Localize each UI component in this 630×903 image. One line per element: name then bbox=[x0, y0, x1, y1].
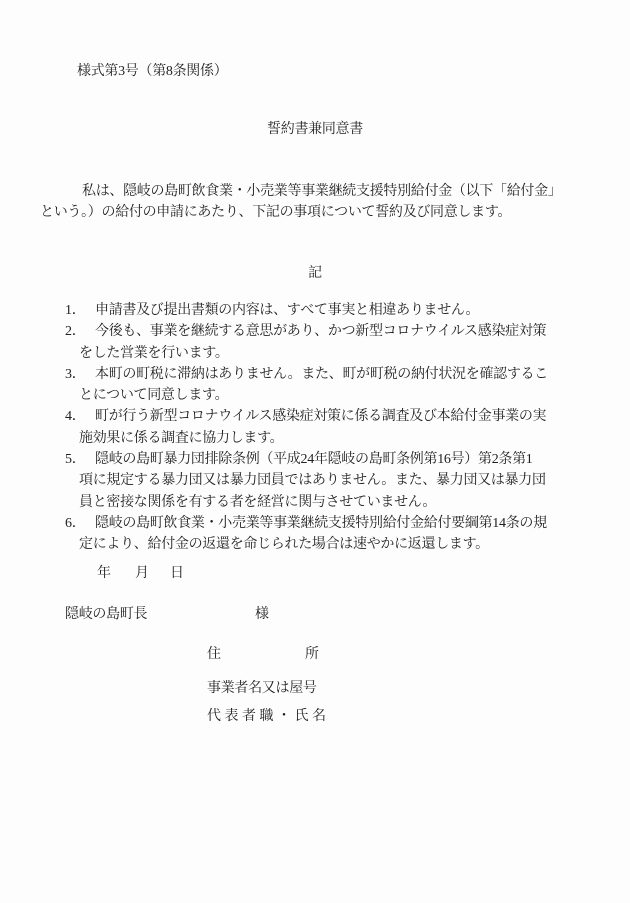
date-day-label: 日 bbox=[170, 563, 184, 584]
pledge-item-number: 5． bbox=[65, 449, 95, 470]
pledge-item-number: 1． bbox=[65, 300, 95, 321]
date-line: 年 月 日 bbox=[0, 563, 630, 585]
pledge-consent-document-page: 様式第3号（第8条関係） 誓約書兼同意書 私は、隠岐の島町飲食業・小売業等事業継… bbox=[0, 0, 630, 903]
pledge-item-5: 5．隠岐の島町暴力団排除条例（平成24年隠岐の島町条例第16号）第2条第1 bbox=[65, 449, 610, 470]
pledge-item-text: 町が行う新型コロナウイルス感染症対策に係る調査及び本給付金事業の実 bbox=[95, 409, 546, 424]
signature-address-label-right: 所 bbox=[305, 644, 319, 665]
signature-address-row: 住 所 bbox=[0, 644, 630, 666]
pledge-item-4-continuation: 施効果に係る調査に協力します。 bbox=[65, 428, 610, 449]
date-month-label: 月 bbox=[135, 563, 149, 584]
pledge-item-number: 6． bbox=[65, 513, 95, 534]
date-year-label: 年 bbox=[97, 563, 111, 584]
intro-line: 私は、隠岐の島町飲食業・小売業等事業継続支援特別給付金（以下「給付金」 bbox=[40, 181, 600, 202]
pledge-item-5-continuation: 員と密接な関係を有する者を経営に関与させていません。 bbox=[65, 492, 610, 513]
signature-address-label-left: 住 bbox=[207, 644, 221, 665]
pledge-item-number: 3． bbox=[65, 364, 95, 385]
addressee-line: 隠岐の島町長 様 bbox=[0, 604, 630, 626]
pledge-item-5-continuation: 項に規定する暴力団又は暴力団員ではありません。また、暴力団又は暴力団 bbox=[65, 470, 610, 491]
pledge-item-6-continuation: 定により、給付金の返還を命じられた場合は速やかに返還します。 bbox=[65, 534, 610, 555]
intro-paragraph: 私は、隠岐の島町飲食業・小売業等事業継続支援特別給付金（以下「給付金」 という。… bbox=[40, 181, 600, 224]
addressee-honorific: 様 bbox=[255, 604, 269, 625]
pledge-item-3-continuation: とについて同意します。 bbox=[65, 385, 610, 406]
pledge-item-3: 3．本町の町税に滞納はありません。また、町が町税の納付状況を確認するこ bbox=[65, 364, 610, 385]
signature-representative-label: 代表者職・氏名 bbox=[207, 706, 330, 727]
record-heading: 記 bbox=[0, 263, 630, 284]
document-title: 誓約書兼同意書 bbox=[0, 119, 630, 140]
pledge-item-6: 6．隠岐の島町飲食業・小売業等事業継続支援特別給付金給付要綱第14条の規 bbox=[65, 513, 610, 534]
intro-line: という。）の給付の申請にあたり、下記の事項について誓約及び同意します。 bbox=[40, 202, 600, 223]
signature-business-name-row: 事業者名又は屋号 bbox=[0, 678, 630, 700]
signature-representative-row: 代表者職・氏名 bbox=[0, 706, 630, 728]
pledge-item-4: 4．町が行う新型コロナウイルス感染症対策に係る調査及び本給付金事業の実 bbox=[65, 406, 610, 427]
pledge-item-number: 4． bbox=[65, 406, 95, 427]
addressee-name: 隠岐の島町長 bbox=[65, 604, 147, 625]
pledge-item-text: 申請書及び提出書類の内容は、すべて事実と相違ありません。 bbox=[95, 303, 479, 318]
form-number: 様式第3号（第8条関係） bbox=[77, 61, 227, 82]
pledge-item-text: 今後も、事業を継続する意思があり、かつ新型コロナウイルス感染症対策 bbox=[95, 324, 546, 339]
signature-business-name-label: 事業者名又は屋号 bbox=[207, 678, 317, 699]
pledge-item-text: 隠岐の島町飲食業・小売業等事業継続支援特別給付金給付要綱第14条の規 bbox=[95, 516, 547, 531]
pledge-item-2-continuation: をした営業を行います。 bbox=[65, 343, 610, 364]
pledge-list: 1．申請書及び提出書類の内容は、すべて事実と相違ありません。 2．今後も、事業を… bbox=[65, 300, 610, 556]
pledge-item-text: 隠岐の島町暴力団排除条例（平成24年隠岐の島町条例第16号）第2条第1 bbox=[95, 452, 533, 467]
pledge-item-2: 2．今後も、事業を継続する意思があり、かつ新型コロナウイルス感染症対策 bbox=[65, 321, 610, 342]
pledge-item-number: 2． bbox=[65, 321, 95, 342]
pledge-item-1: 1．申請書及び提出書類の内容は、すべて事実と相違ありません。 bbox=[65, 300, 610, 321]
pledge-item-text: 本町の町税に滞納はありません。また、町が町税の納付状況を確認するこ bbox=[95, 367, 548, 382]
